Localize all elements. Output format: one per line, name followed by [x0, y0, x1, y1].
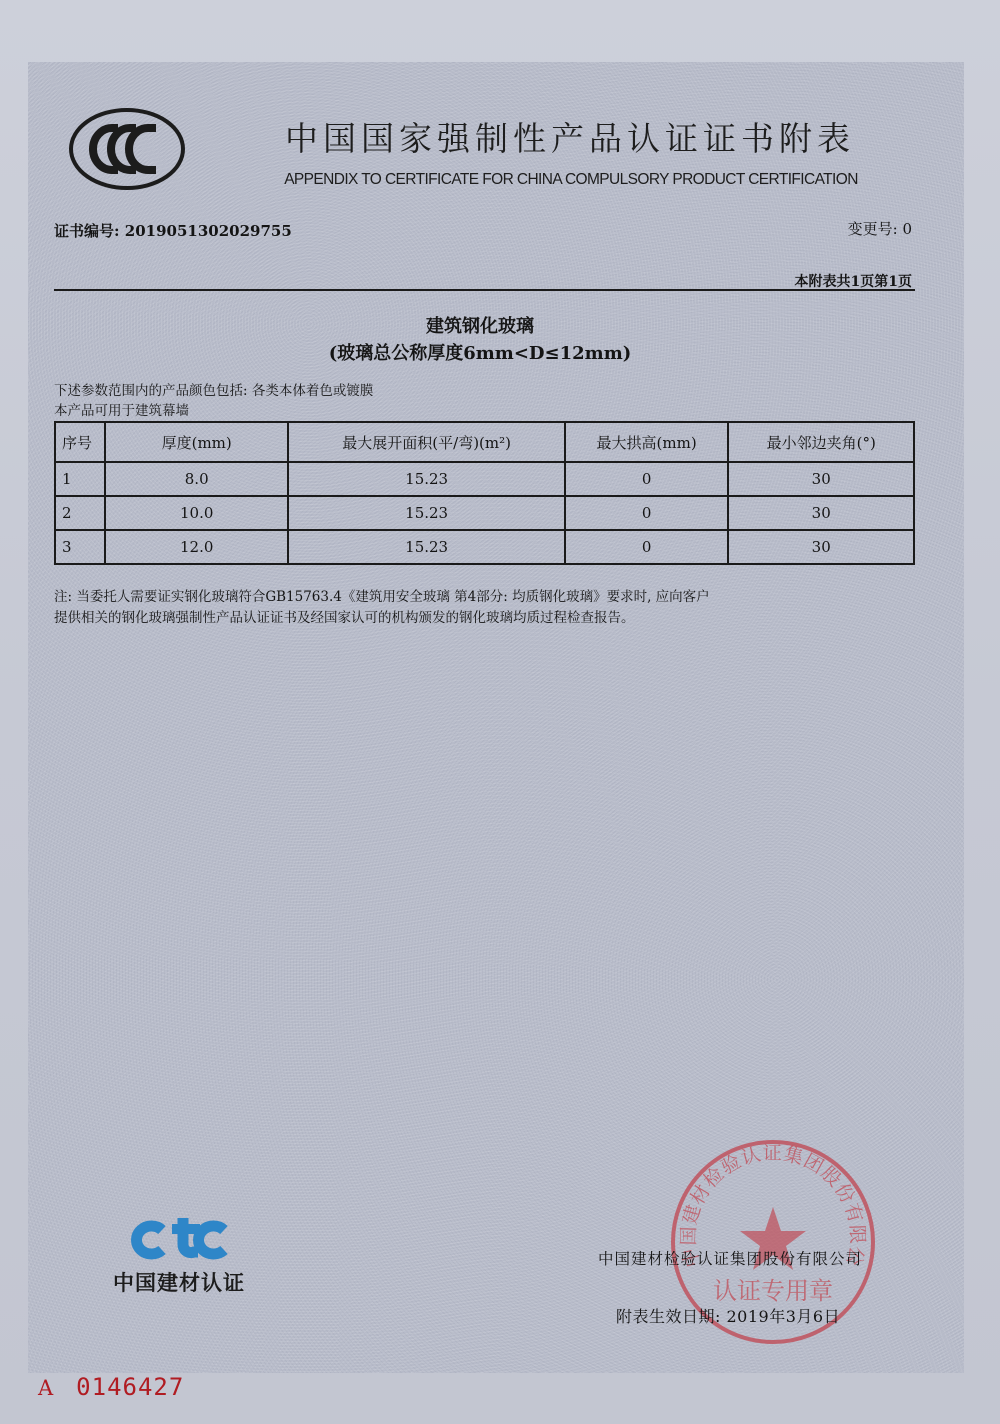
certificate-number-value: 2019051302029755 [125, 222, 292, 240]
cell-min-angle: 30 [728, 462, 914, 496]
serial-value: 0146427 [76, 1373, 184, 1401]
cell-max-arch-height: 0 [565, 462, 729, 496]
column-header-thickness: 厚度(mm) [105, 422, 289, 462]
cell-index: 3 [55, 530, 105, 564]
description-line: 下述参数范围内的产品颜色包括: 各类本体着色或镀膜 [54, 381, 373, 401]
page-info: 本附表共1页第1页 [795, 271, 912, 291]
product-description: 下述参数范围内的产品颜色包括: 各类本体着色或镀膜 本产品可用于建筑幕墙 [54, 381, 373, 421]
serial-prefix: A [38, 1376, 54, 1400]
cell-index: 1 [55, 462, 105, 496]
cell-max-arch-height: 0 [565, 496, 729, 530]
serial-number: A0146427 [38, 1373, 184, 1401]
cell-max-arch-height: 0 [565, 530, 729, 564]
effective-date-value: 2019年3月6日 [727, 1307, 841, 1326]
note-line: 提供相关的钢化玻璃强制性产品认证证书及经国家认可的机构颁发的钢化玻璃均质过程检查… [54, 608, 934, 629]
table-row: 3 12.0 15.23 0 30 [55, 530, 914, 564]
column-header-max-arch-height: 最大拱高(mm) [565, 422, 729, 462]
ccc-logo-icon [68, 107, 186, 191]
certificate-title-cn: 中国国家强制性产品认证证书附表 [250, 113, 890, 160]
header-divider [54, 289, 915, 291]
issuer-name: 中国建材检验认证集团股份有限公司 [598, 1247, 862, 1269]
description-line: 本产品可用于建筑幕墙 [54, 401, 373, 421]
certificate-number-label: 证书编号: [54, 222, 120, 240]
column-header-min-angle: 最小邻边夹角(°) [728, 422, 914, 462]
ctc-logo-caption: 中国建材认证 [113, 1267, 245, 1297]
change-number: 变更号: 0 [848, 218, 912, 239]
cell-min-angle: 30 [728, 496, 914, 530]
certificate-number: 证书编号: 2019051302029755 [54, 220, 292, 241]
change-number-value: 0 [902, 220, 912, 238]
effective-date: 附表生效日期: 2019年3月6日 [616, 1304, 840, 1327]
cell-max-area: 15.23 [288, 462, 564, 496]
cell-min-angle: 30 [728, 530, 914, 564]
cell-max-area: 15.23 [288, 496, 564, 530]
column-header-index: 序号 [55, 422, 105, 462]
product-title: 建筑钢化玻璃 [280, 312, 680, 338]
cell-thickness: 10.0 [105, 496, 289, 530]
specification-table: 序号 厚度(mm) 最大展开面积(平/弯)(m²) 最大拱高(mm) 最小邻边夹… [54, 421, 915, 565]
certificate-title-en: APPENDIX TO CERTIFICATE FOR CHINA COMPUL… [246, 171, 896, 189]
note-line: 注: 当委托人需要证实钢化玻璃符合GB15763.4《建筑用安全玻璃 第4部分:… [54, 587, 934, 608]
table-row: 2 10.0 15.23 0 30 [55, 496, 914, 530]
cell-index: 2 [55, 496, 105, 530]
effective-date-label: 附表生效日期: [616, 1307, 721, 1326]
change-number-label: 变更号: [848, 220, 898, 238]
product-subtitle: (玻璃总公称厚度6mm<D≤12mm) [280, 339, 680, 365]
column-header-max-area: 最大展开面积(平/弯)(m²) [288, 422, 564, 462]
stamp-center-text: 认证专用章 [713, 1277, 833, 1305]
ctc-logo-icon [128, 1212, 246, 1260]
cell-max-area: 15.23 [288, 530, 564, 564]
cell-thickness: 12.0 [105, 530, 289, 564]
note-text: 注: 当委托人需要证实钢化玻璃符合GB15763.4《建筑用安全玻璃 第4部分:… [54, 587, 934, 629]
cell-thickness: 8.0 [105, 462, 289, 496]
table-header-row: 序号 厚度(mm) 最大展开面积(平/弯)(m²) 最大拱高(mm) 最小邻边夹… [55, 422, 914, 462]
table-row: 1 8.0 15.23 0 30 [55, 462, 914, 496]
